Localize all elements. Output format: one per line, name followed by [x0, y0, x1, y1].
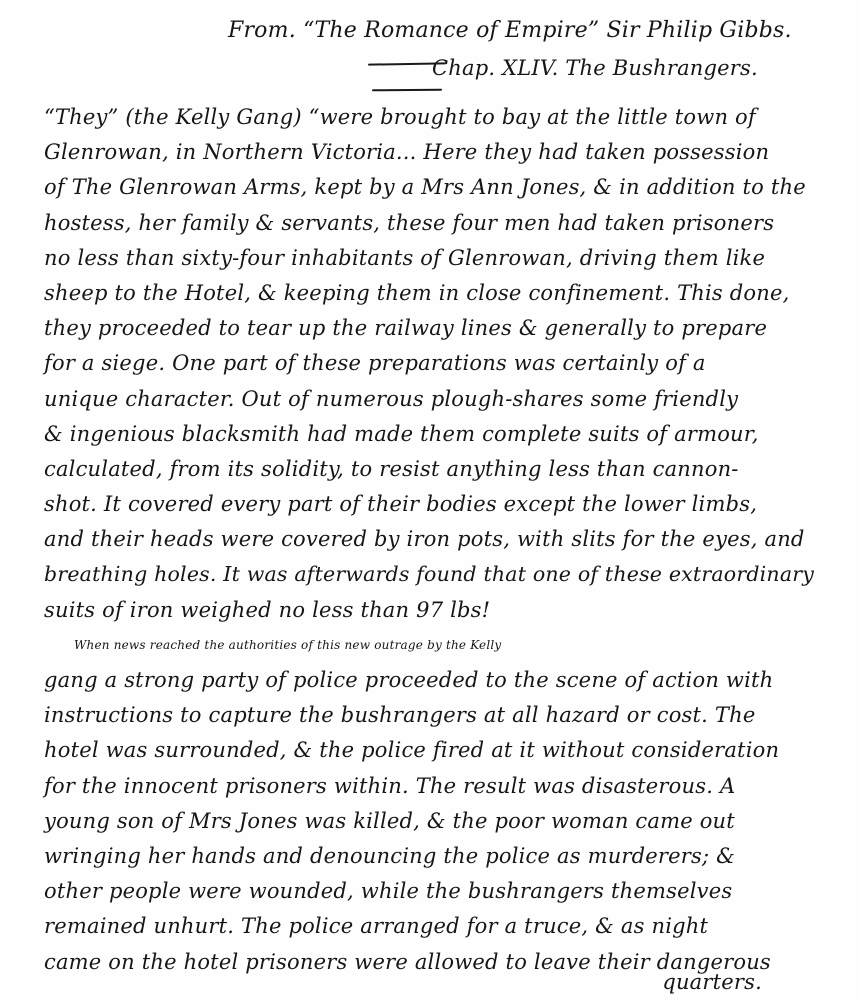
text-line: breathing holes. It was afterwards found…: [44, 557, 824, 592]
text-line: shot. It covered every part of their bod…: [44, 487, 824, 522]
text-line: other people were wounded, while the bus…: [44, 874, 824, 909]
text-line: wringing her hands and denouncing the po…: [44, 839, 824, 874]
chapter-underline: [372, 89, 442, 92]
text-line: remained unhurt. The police arranged for…: [44, 909, 824, 944]
text-line: sheep to the Hotel, & keeping them in cl…: [44, 276, 824, 311]
manuscript-page: From. “The Romance of Empire” Sir Philip…: [0, 0, 860, 1000]
text-line: no less than sixty-four inhabitants of G…: [44, 241, 824, 276]
text-line: When news reached the authorities of thi…: [44, 628, 824, 663]
text-line: for a siege. One part of these preparati…: [44, 346, 824, 381]
text-line: gang a strong party of police proceeded …: [44, 663, 824, 698]
text-line: they proceeded to tear up the railway li…: [44, 311, 824, 346]
text-line: suits of iron weighed no less than 97 lb…: [44, 593, 824, 628]
text-line: instructions to capture the bushrangers …: [44, 698, 824, 733]
text-line: young son of Mrs Jones was killed, & the…: [44, 804, 824, 839]
source-citation: From. “The Romance of Empire” Sir Philip…: [228, 18, 792, 43]
text-line: hostess, her family & servants, these fo…: [44, 206, 824, 241]
text-line: for the innocent prisoners within. The r…: [44, 769, 824, 804]
paragraph-1: “They” (the Kelly Gang) “were brought to…: [44, 100, 824, 628]
manuscript-body: “They” (the Kelly Gang) “were brought to…: [44, 100, 824, 996]
text-line: Glenrowan, in Northern Victoria... Here …: [44, 135, 824, 170]
paragraph-2: When news reached the authorities of thi…: [44, 628, 824, 996]
text-line: unique character. Out of numerous plough…: [44, 382, 824, 417]
text-line: of The Glenrowan Arms, kept by a Mrs Ann…: [44, 170, 824, 205]
text-line: & ingenious blacksmith had made them com…: [44, 417, 824, 452]
text-line: and their heads were covered by iron pot…: [44, 522, 824, 557]
text-line: hotel was surrounded, & the police fired…: [44, 733, 824, 768]
text-line: “They” (the Kelly Gang) “were brought to…: [44, 100, 824, 135]
chapter-heading: Chap. XLIV. The Bushrangers.: [432, 56, 758, 80]
text-line: calculated, from its solidity, to resist…: [44, 452, 824, 487]
